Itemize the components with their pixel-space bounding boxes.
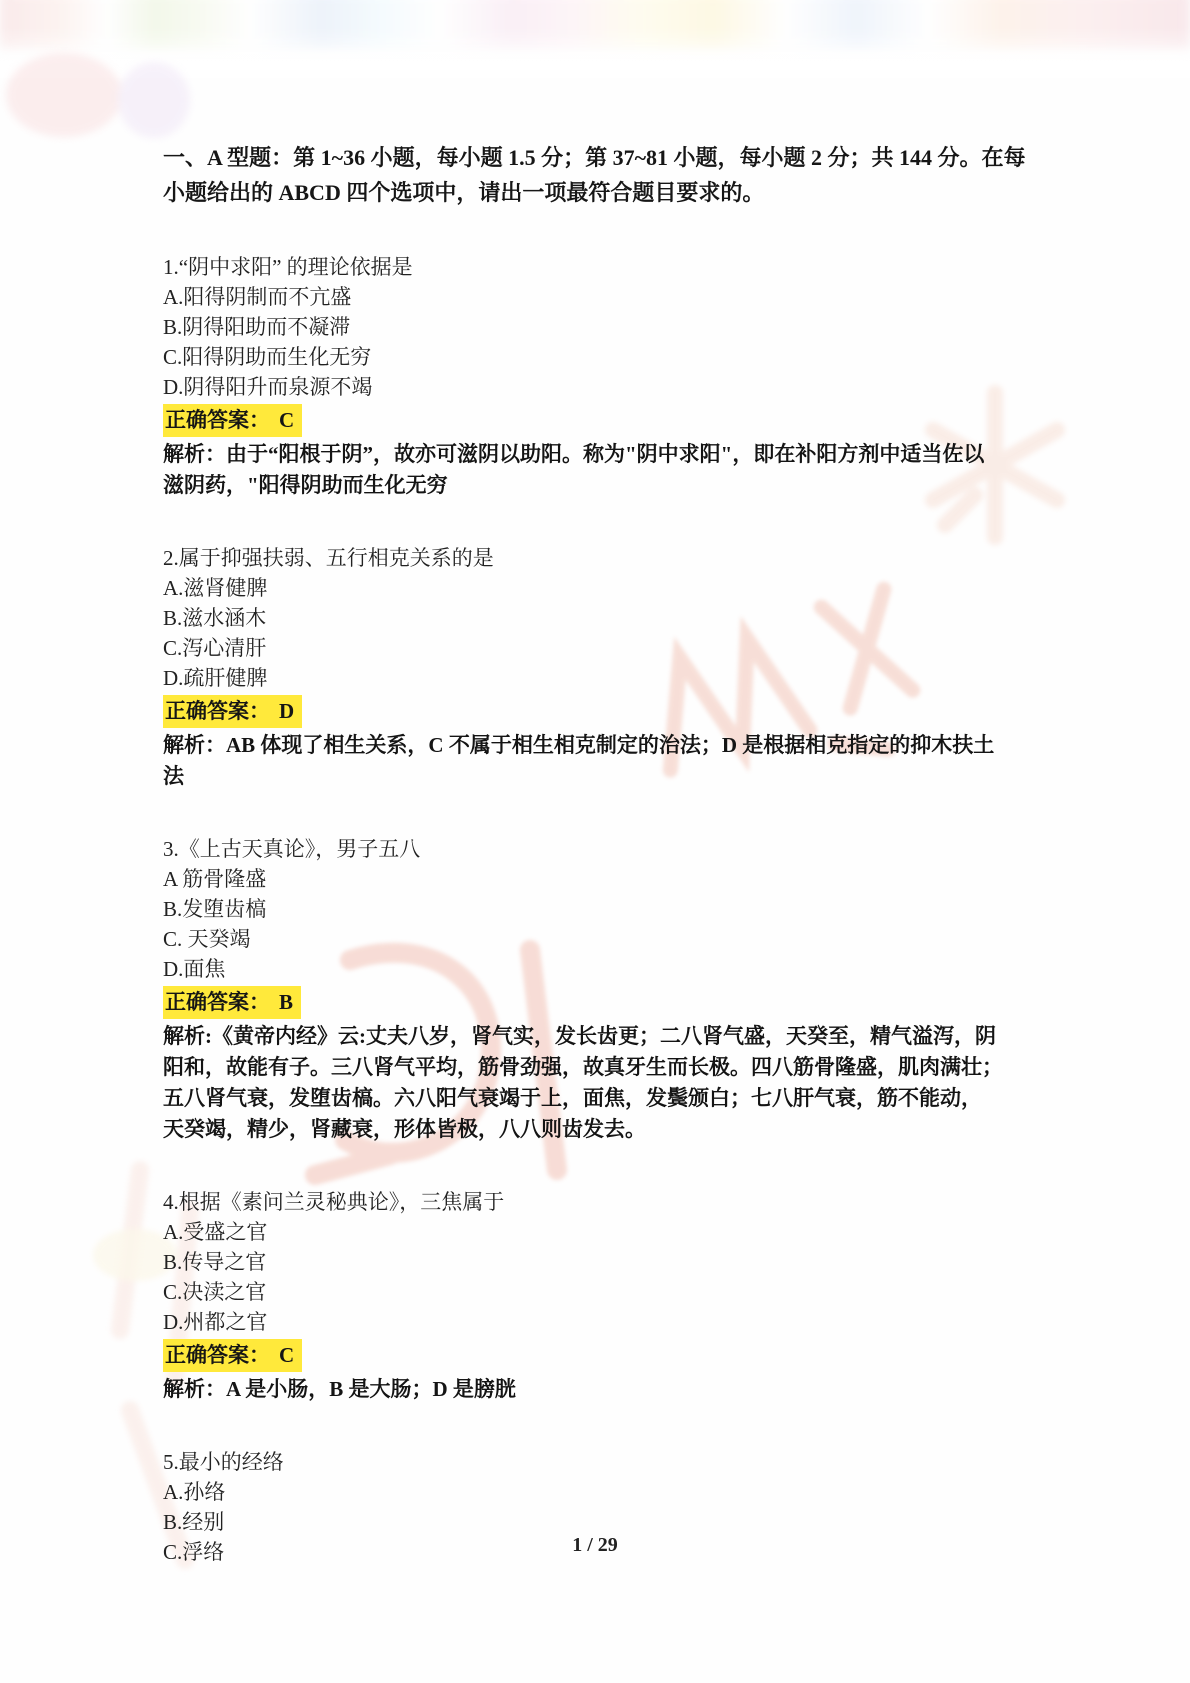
answer-label: 正确答案： bbox=[165, 699, 270, 723]
option-b: B.发堕齿槁 bbox=[163, 894, 1033, 924]
option-c: C. 天癸竭 bbox=[163, 924, 1033, 954]
answer-highlight: 正确答案：B bbox=[163, 986, 301, 1019]
option-d: D.面焦 bbox=[163, 954, 1033, 984]
scan-color-band-fade bbox=[0, 0, 1190, 78]
option-a: A.孙络 bbox=[163, 1477, 1033, 1507]
question-3: 3.《上古天真论》，男子五八 A 筋骨隆盛 B.发堕齿槁 C. 天癸竭 D.面焦… bbox=[163, 834, 1033, 1145]
answer-label: 正确答案： bbox=[165, 990, 270, 1014]
explanation-line-2: 阳和，故能有子。三八肾气平均，筋骨劲强，故真牙生而长极。四八筋骨隆盛，肌肉满壮； bbox=[163, 1052, 1033, 1083]
option-b: B.传导之官 bbox=[163, 1247, 1033, 1277]
answer-letter: C bbox=[279, 408, 294, 432]
explanation-line-1: 解析：由于“阳根于阴”，故亦可滋阴以助阳。称为"阴中求阳"，即在补阳方剂中适当佐… bbox=[163, 439, 1033, 470]
option-a: A.阳得阴制而不亢盛 bbox=[163, 282, 1033, 312]
question-stem: 5.最小的经络 bbox=[163, 1447, 1033, 1477]
explanation-line-4: 天癸竭，精少，肾藏衰，形体皆极，八八则齿发去。 bbox=[163, 1114, 1033, 1145]
explanation-line-1: 解析：A 是小肠，B 是大肠；D 是膀胱 bbox=[163, 1374, 1033, 1405]
question-4: 4.根据《素问兰灵秘典论》，三焦属于 A.受盛之官 B.传导之官 C.决渎之官 … bbox=[163, 1187, 1033, 1405]
option-d: D.阴得阳升而泉源不竭 bbox=[163, 372, 1033, 402]
option-b: B.滋水涵木 bbox=[163, 603, 1033, 633]
option-b: B.经别 bbox=[163, 1507, 1033, 1537]
answer-letter: B bbox=[279, 990, 293, 1014]
exam-document-page: 一、A 型题：第 1~36 小题，每小题 1.5 分；第 37~81 小题，每小… bbox=[0, 0, 1190, 1683]
section-header-line-1: 一、A 型题：第 1~36 小题，每小题 1.5 分；第 37~81 小题，每小… bbox=[163, 140, 1033, 175]
option-c: C.阳得阴助而生化无穷 bbox=[163, 342, 1033, 372]
question-stem: 3.《上古天真论》，男子五八 bbox=[163, 834, 1033, 864]
answer-line: 正确答案：C bbox=[163, 404, 1033, 437]
answer-label: 正确答案： bbox=[165, 408, 270, 432]
option-a: A.受盛之官 bbox=[163, 1217, 1033, 1247]
answer-letter: C bbox=[279, 1343, 294, 1367]
answer-label: 正确答案： bbox=[165, 1343, 270, 1367]
option-a: A 筋骨隆盛 bbox=[163, 864, 1033, 894]
question-stem: 2.属于抑强扶弱、五行相克关系的是 bbox=[163, 543, 1033, 573]
option-c: C.泻心清肝 bbox=[163, 633, 1033, 663]
explanation-line-2: 法 bbox=[163, 761, 1033, 792]
question-1: 1.“阴中求阳” 的理论依据是 A.阳得阴制而不亢盛 B.阴得阳助而不凝滞 C.… bbox=[163, 252, 1033, 501]
question-stem: 1.“阴中求阳” 的理论依据是 bbox=[163, 252, 1033, 282]
answer-highlight: 正确答案：D bbox=[163, 695, 302, 728]
option-b: B.阴得阳助而不凝滞 bbox=[163, 312, 1033, 342]
explanation-line-1: 解析:《黄帝内经》云:丈夫八岁，肾气实，发长齿更；二八肾气盛，天癸至，精气溢泻，… bbox=[163, 1021, 1033, 1052]
answer-line: 正确答案：C bbox=[163, 1339, 1033, 1372]
answer-line: 正确答案：B bbox=[163, 986, 1033, 1019]
question-stem: 4.根据《素问兰灵秘典论》，三焦属于 bbox=[163, 1187, 1033, 1217]
option-d: D.疏肝健脾 bbox=[163, 663, 1033, 693]
page-number: 1 / 29 bbox=[0, 1534, 1190, 1557]
explanation-line-1: 解析：AB 体现了相生关系，C 不属于相生相克制定的治法；D 是根据相克指定的抑… bbox=[163, 730, 1033, 761]
section-header-line-2: 小题给出的 ABCD 四个选项中，请出一项最符合题目要求的。 bbox=[163, 175, 1033, 210]
option-c: C.决渎之官 bbox=[163, 1277, 1033, 1307]
question-2: 2.属于抑强扶弱、五行相克关系的是 A.滋肾健脾 B.滋水涵木 C.泻心清肝 D… bbox=[163, 543, 1033, 792]
answer-highlight: 正确答案：C bbox=[163, 404, 302, 437]
option-a: A.滋肾健脾 bbox=[163, 573, 1033, 603]
answer-highlight: 正确答案：C bbox=[163, 1339, 302, 1372]
explanation-line-2: 滋阴药，"阳得阴助而生化无穷 bbox=[163, 470, 1033, 501]
option-d: D.州都之官 bbox=[163, 1307, 1033, 1337]
exam-body: 一、A 型题：第 1~36 小题，每小题 1.5 分；第 37~81 小题，每小… bbox=[163, 140, 1033, 1567]
answer-line: 正确答案：D bbox=[163, 695, 1033, 728]
answer-letter: D bbox=[279, 699, 294, 723]
explanation-line-3: 五八肾气衰，发堕齿槁。六八阳气衰竭于上，面焦，发鬓颁白；七八肝气衰，筋不能动， bbox=[163, 1083, 1033, 1114]
